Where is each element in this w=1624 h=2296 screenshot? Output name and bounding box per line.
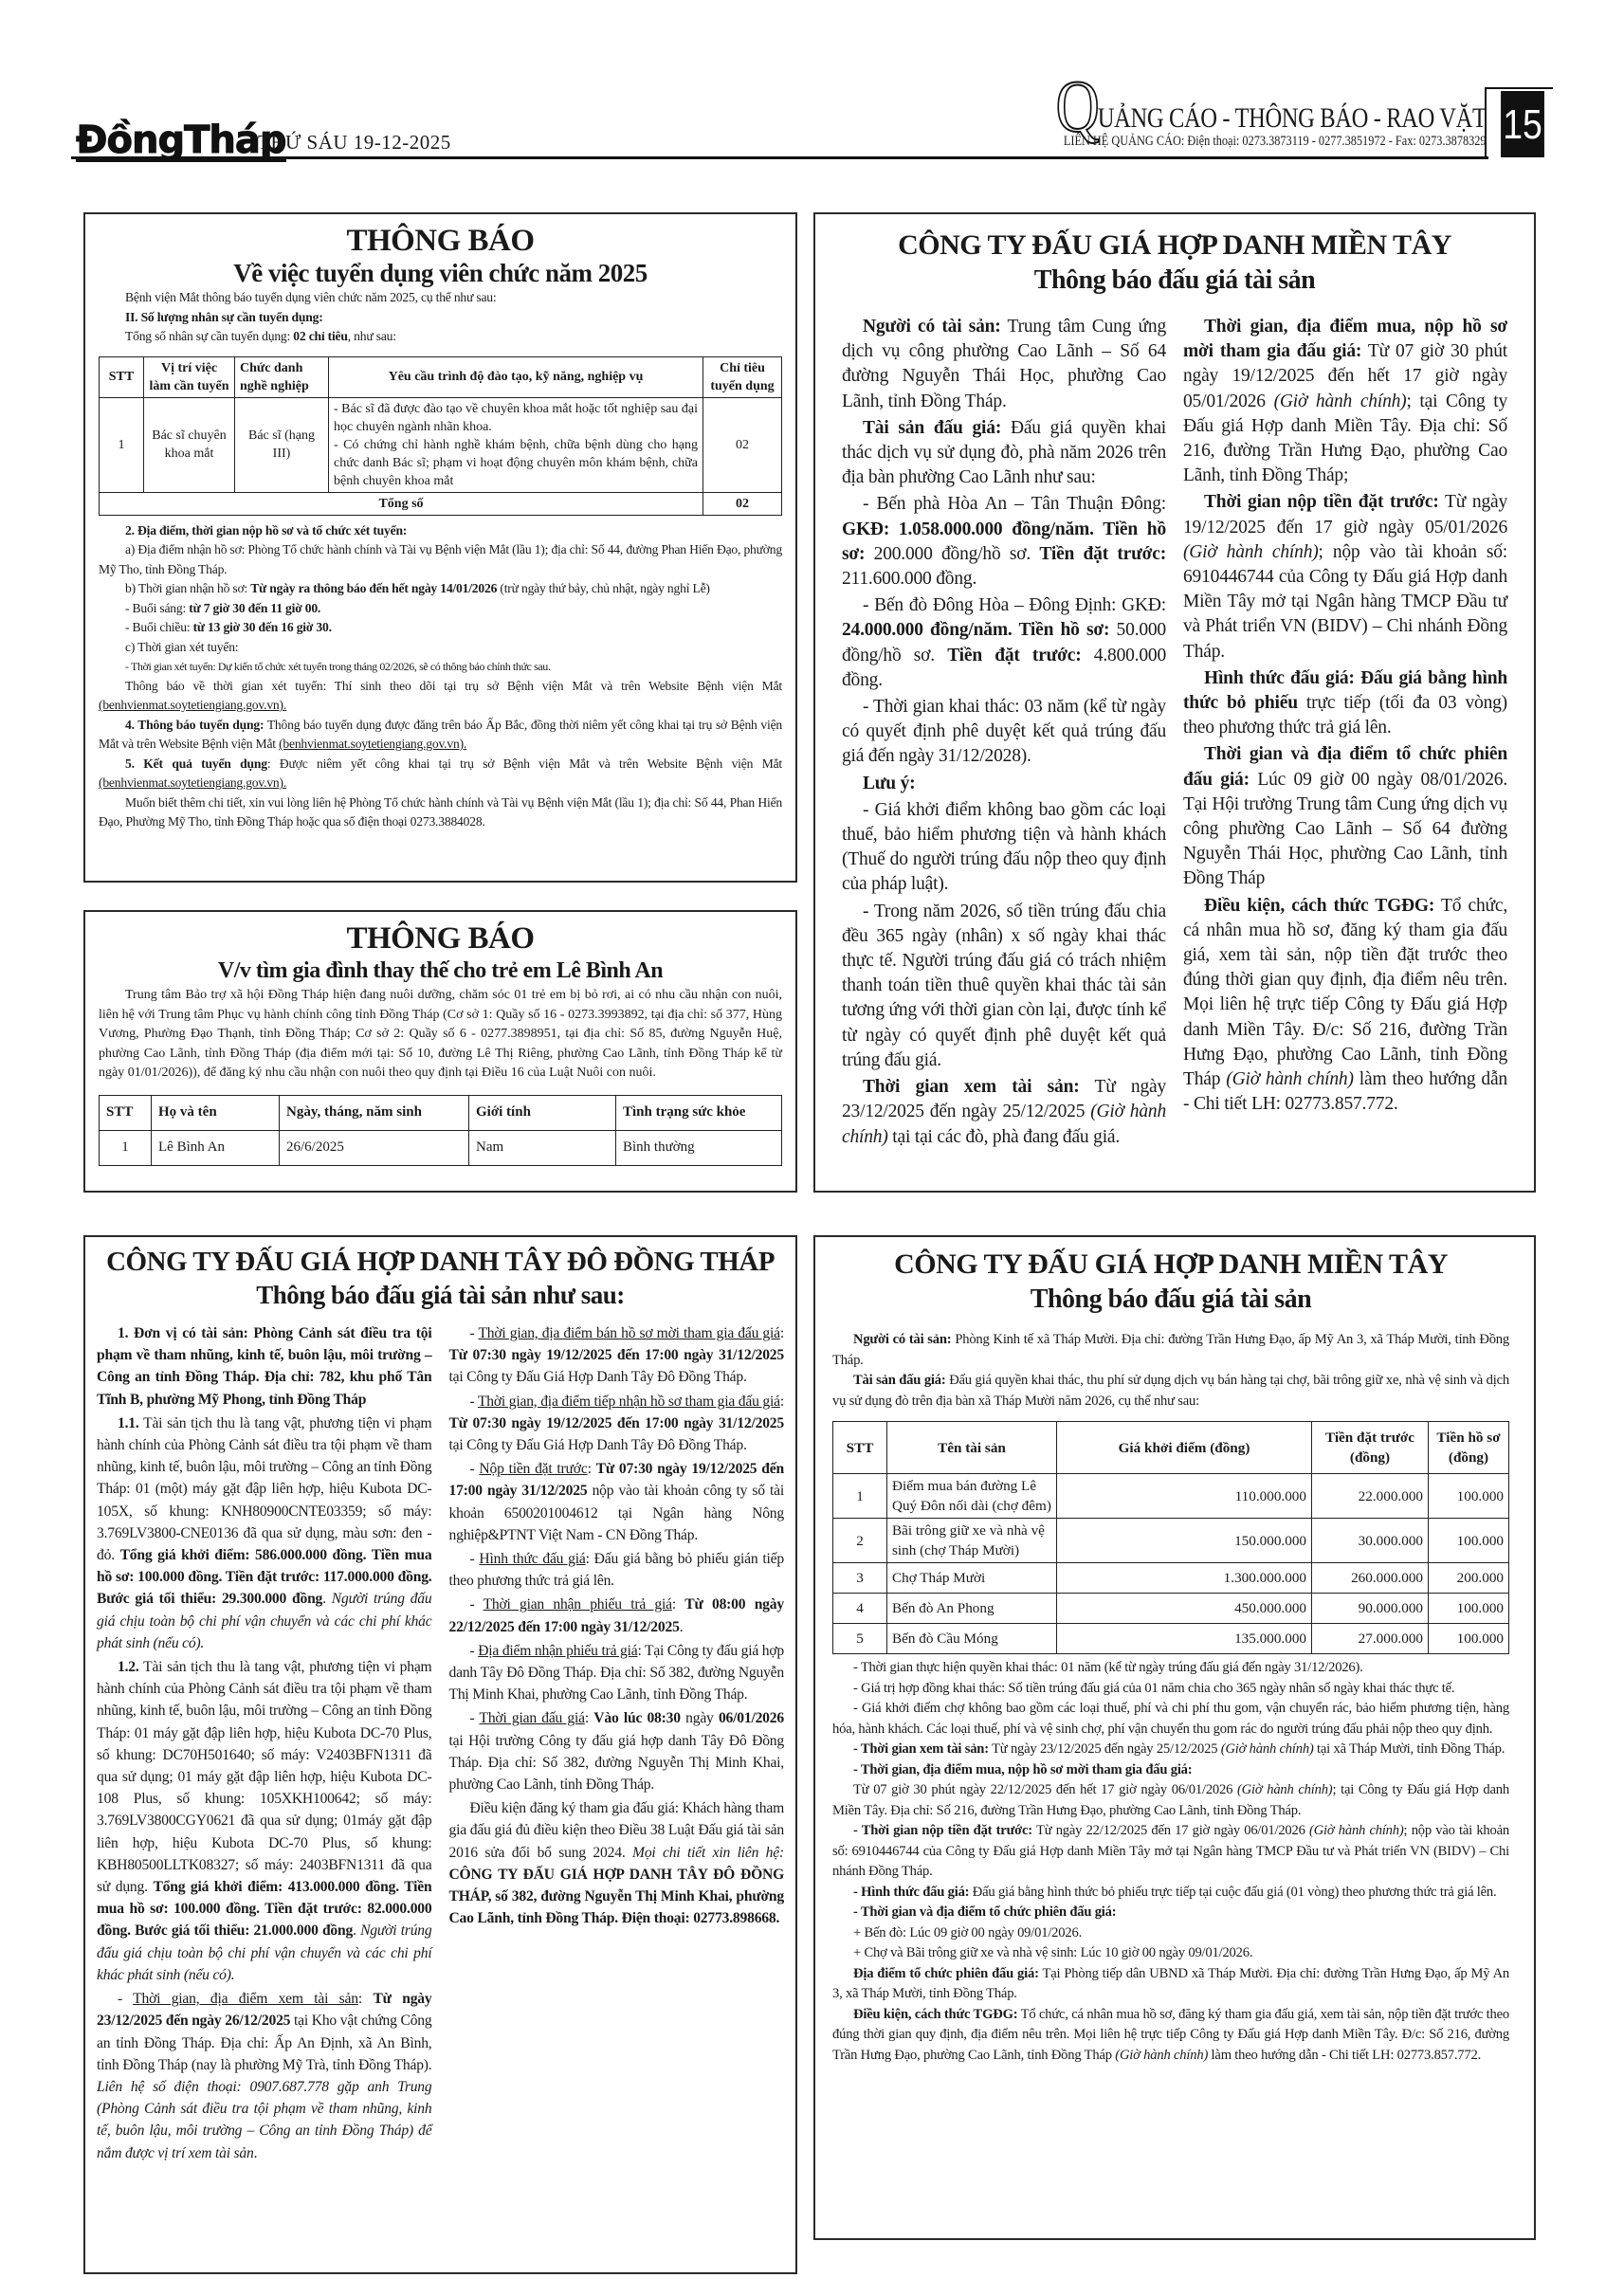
notice-subtitle: Về việc tuyển dụng viên chức năm 2025: [99, 258, 782, 288]
page-number: 15: [1501, 91, 1544, 157]
total-line: Tổng số nhân sự cần tuyển dụng: 02 chỉ t…: [99, 327, 782, 347]
page-number-frame: [1485, 87, 1553, 89]
column-right: - Thời gian, địa điểm bán hồ sơ mời tham…: [449, 1322, 785, 2166]
notice-subtitle: Thông báo đấu giá tài sản như sau:: [97, 1279, 784, 1311]
asset-table: STT Tên tài sản Giá khởi điểm (đồng) Tiề…: [832, 1421, 1509, 1654]
company-name: CÔNG TY ĐẤU GIÁ HỢP DANH MIỀN TÂY: [832, 1247, 1509, 1283]
section-heading: II. Số lượng nhân sự cần tuyển dụng:: [99, 308, 782, 328]
column-right: Thời gian, địa điểm mua, nộp hồ sơ mời t…: [1183, 315, 1507, 1152]
column-left: Người có tài sản: Trung tâm Cung ứng dịc…: [842, 315, 1166, 1152]
website-link[interactable]: (benhvienmat.soytetiengiang.gov.vn).: [99, 698, 286, 712]
notice-subtitle: V/v tìm gia đình thay thế cho trẻ em Lê …: [99, 956, 782, 986]
auction-notice-taydo: CÔNG TY ĐẤU GIÁ HỢP DANH TÂY ĐÔ ĐỒNG THÁ…: [83, 1235, 797, 2274]
section-title: QUẢNG CÁO - THÔNG BÁO - RAO VẶT: [1056, 78, 1487, 135]
notice-body: Trung tâm Bảo trợ xã hội Đồng Tháp hiện …: [99, 986, 782, 1084]
table-row: 5Bến đò Cầu Móng135.000.00027.000.000100…: [833, 1624, 1509, 1654]
table-total-row: Tổng số 02: [100, 492, 782, 515]
auction-notice-mientay-market: CÔNG TY ĐẤU GIÁ HỢP DANH MIỀN TÂY Thông …: [813, 1235, 1536, 2240]
column-left: 1. Đơn vị có tài sản: Phòng Cảnh sát điề…: [97, 1322, 432, 2166]
company-name: CÔNG TY ĐẤU GIÁ HỢP DANH MIỀN TÂY: [842, 228, 1507, 264]
notice-subtitle: Thông báo đấu giá tài sản: [842, 264, 1507, 298]
table-row: 1 Bác sĩ chuyên khoa mắt Bác sĩ (hạng II…: [100, 397, 782, 492]
table-row: 2Bãi trông giữ xe và nhà vệ sinh (chợ Th…: [833, 1519, 1509, 1563]
notice-recruitment: THÔNG BÁO Về việc tuyển dụng viên chức n…: [83, 212, 797, 883]
table-header-row: STT Tên tài sản Giá khởi điểm (đồng) Tiề…: [833, 1422, 1509, 1474]
notice-title: THÔNG BÁO: [99, 224, 782, 258]
table-row: 4Bến đò An Phong450.000.00090.000.000100…: [833, 1594, 1509, 1624]
table-header-row: STT Họ và tên Ngày, tháng, năm sinh Giới…: [100, 1095, 782, 1130]
notice-adoption: THÔNG BÁO V/v tìm gia đình thay thế cho …: [83, 910, 797, 1193]
page-number-frame-side: [1485, 87, 1487, 159]
notice-title: THÔNG BÁO: [99, 921, 782, 956]
masthead-rule: [71, 156, 1488, 159]
website-link[interactable]: (benhvienmat.soytetiengiang.gov.vn).: [279, 737, 466, 751]
website-link[interactable]: (benhvienmat.soytetiengiang.gov.vn).: [99, 775, 286, 790]
intro: Bệnh viện Mắt thông báo tuyển dụng viên …: [99, 288, 782, 308]
table-header-row: STT Vị trí việc làm cần tuyển Chức danh …: [100, 356, 782, 397]
advertising-contact: LIÊN HỆ QUẢNG CÁO: Điện thoại: 0273.3873…: [1064, 134, 1487, 150]
table-row: 1Điểm mua bán đường Lê Quý Đôn nối dài (…: [833, 1474, 1509, 1519]
child-info-table: STT Họ và tên Ngày, tháng, năm sinh Giới…: [99, 1095, 782, 1166]
auction-notice-mientay-ferries: CÔNG TY ĐẤU GIÁ HỢP DANH MIỀN TÂY Thông …: [813, 212, 1536, 1193]
company-name: CÔNG TY ĐẤU GIÁ HỢP DANH TÂY ĐÔ ĐỒNG THÁ…: [97, 1245, 784, 1279]
table-row: 3Chợ Tháp Mười1.300.000.000260.000.00020…: [833, 1563, 1509, 1594]
table-row: 1 Lê Bình An 26/6/2025 Nam Bình thường: [100, 1130, 782, 1165]
notice-subtitle: Thông báo đấu giá tài sản: [832, 1283, 1509, 1317]
recruitment-table: STT Vị trí việc làm cần tuyển Chức danh …: [99, 356, 782, 516]
issue-date: THỨ SÁU 19-12-2025: [258, 131, 451, 155]
